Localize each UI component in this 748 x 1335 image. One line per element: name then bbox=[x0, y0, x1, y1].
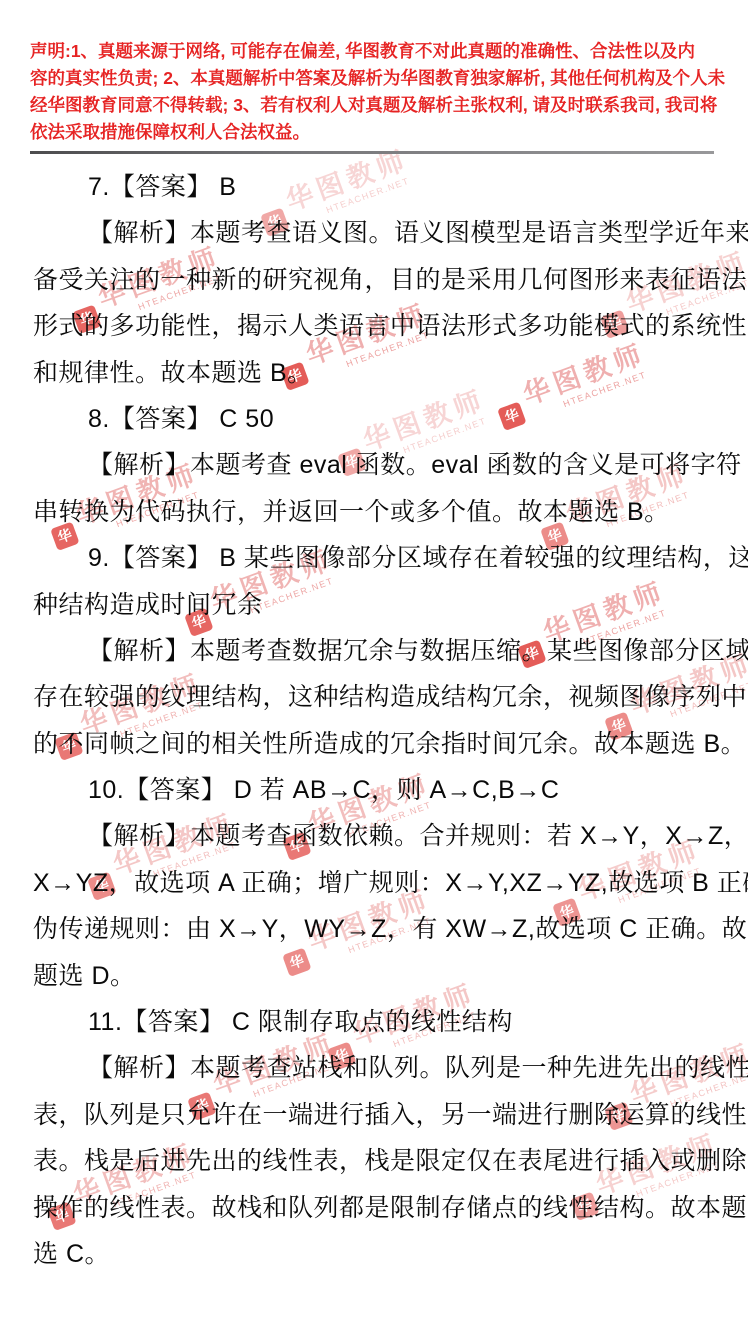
disclaimer-line: 容的真实性负责; 2、本真题解析中答案及解析为华图教育独家解析, 其他任何机构及… bbox=[30, 65, 718, 92]
analysis-line: 【解析】本题考查函数依赖。合并规则：若 X→Y，X→Z，则 bbox=[33, 813, 718, 859]
analysis-line: 形式的多功能性，揭示人类语言中语法形式多功能模式的系统性 bbox=[33, 303, 718, 349]
answers-section: 7.【答案】 B 【解析】本题考查语义图。语义图模型是语言类型学近年来 备受关注… bbox=[33, 164, 718, 1277]
analysis-line: 【解析】本题考查 eval 函数。eval 函数的含义是可将字符 bbox=[33, 442, 718, 488]
disclaimer-line: 经华图教育同意不得转载; 3、若有权利人对真题及解析主张权利, 请及时联系我司,… bbox=[30, 92, 718, 119]
disclaimer-line: 依法采取措施保障权利人合法权益。 bbox=[30, 119, 718, 146]
disclaimer-line: 声明:1、真题来源于网络, 可能存在偏差, 华图教育不对此真题的准确性、合法性以… bbox=[30, 38, 718, 65]
document-page: 华华图教师HTEACHER.NET 华华图教师HTEACHER.NET 华华图教… bbox=[0, 0, 748, 1335]
answer-line-q9: 9.【答案】 B 某些图像部分区域存在着较强的纹理结构，这 bbox=[33, 535, 718, 581]
analysis-line: 题选 D。 bbox=[33, 953, 718, 999]
analysis-line: 操作的线性表。故栈和队列都是限制存储点的线性结构。故本题 bbox=[33, 1185, 718, 1231]
analysis-line: 选 C。 bbox=[33, 1231, 718, 1277]
analysis-line: 【解析】本题考查站栈和队列。队列是一种先进先出的线性 bbox=[33, 1045, 718, 1091]
analysis-line: 串转换为代码执行，并返回一个或多个值。故本题选 B。 bbox=[33, 489, 718, 535]
disclaimer-text: 1、真题来源于网络, 可能存在偏差, 华图教育不对此真题的准确性、合法性以及内 bbox=[71, 41, 695, 61]
document-content: 声明:1、真题来源于网络, 可能存在偏差, 华图教育不对此真题的准确性、合法性以… bbox=[0, 38, 748, 1277]
disclaimer: 声明:1、真题来源于网络, 可能存在偏差, 华图教育不对此真题的准确性、合法性以… bbox=[30, 38, 718, 146]
answer-line-q7: 7.【答案】 B bbox=[33, 164, 718, 210]
answer-line-q8: 8.【答案】 C 50 bbox=[33, 396, 718, 442]
analysis-line: 表。栈是后进先出的线性表，栈是限定仅在表尾进行插入或删除 bbox=[33, 1138, 718, 1184]
analysis-line: 存在较强的纹理结构，这种结构造成结构冗余，视频图像序列中 bbox=[33, 674, 718, 720]
analysis-line: 表，队列是只允许在一端进行插入，另一端进行删除运算的线性 bbox=[33, 1092, 718, 1138]
disclaimer-prefix: 声明: bbox=[30, 41, 71, 61]
answer-line-q11: 11.【答案】 C 限制存取点的线性结构 bbox=[33, 999, 718, 1045]
analysis-line: 伪传递规则：由 X→Y，WY→Z，有 XW→Z,故选项 C 正确。故本 bbox=[33, 906, 718, 952]
analysis-line: 备受关注的一种新的研究视角，目的是采用几何图形来表征语法 bbox=[33, 257, 718, 303]
section-divider bbox=[30, 151, 714, 154]
answer-line-continuation: 种结构造成时间冗余 bbox=[33, 582, 718, 628]
answer-line-q10: 10.【答案】 D 若 AB→C，则 A→C,B→C bbox=[33, 767, 718, 813]
analysis-line: X→YZ，故选项 A 正确；增广规则：X→Y,XZ→YZ,故选项 B 正确； bbox=[33, 860, 718, 906]
analysis-line: 【解析】本题考查语义图。语义图模型是语言类型学近年来 bbox=[33, 210, 718, 256]
analysis-line: 和规律性。故本题选 B。 bbox=[33, 350, 718, 396]
analysis-line: 的不同帧之间的相关性所造成的冗余指时间冗余。故本题选 B。 bbox=[33, 721, 718, 767]
analysis-line: 【解析】本题考查数据冗余与数据压缩。某些图像部分区域 bbox=[33, 628, 718, 674]
